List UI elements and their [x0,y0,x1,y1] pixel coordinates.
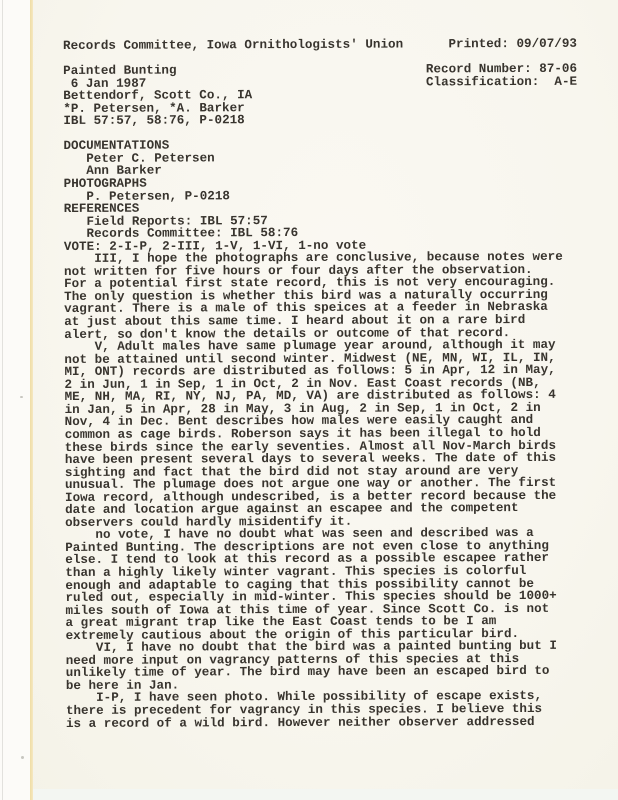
comment-vote-ip: I-P, I have seen photo. While possibilit… [66,690,580,730]
record-summary-block: Painted Bunting Record Number: 87-06 6 J… [63,63,577,128]
scan-speck [20,396,23,398]
scanned-page: Records Committee, Iowa Ornithologists' … [0,0,618,800]
scan-edge-line [2,0,3,800]
scanner-margin [0,0,30,800]
comment-vote-vi: VI, I have no doubt that the bird was a … [66,640,580,692]
comment-vote-iii: III, I hope the photographs are conclusi… [64,251,578,341]
paper-edge-line [30,0,33,800]
scanner-bed-strip [33,789,618,800]
report-header-line: Records Committee, Iowa Ornithologists' … [63,38,577,53]
scan-speck [21,756,24,759]
comment-vote-no-vote: no vote, I have no doubt what was seen a… [65,527,579,642]
record-details-block: DOCUMENTATIONS Peter C. Petersen Ann Bar… [63,138,577,253]
typewritten-document: Records Committee, Iowa Ornithologists' … [63,38,580,730]
comment-vote-v: V, Adult males have same plumage year ar… [64,339,579,529]
